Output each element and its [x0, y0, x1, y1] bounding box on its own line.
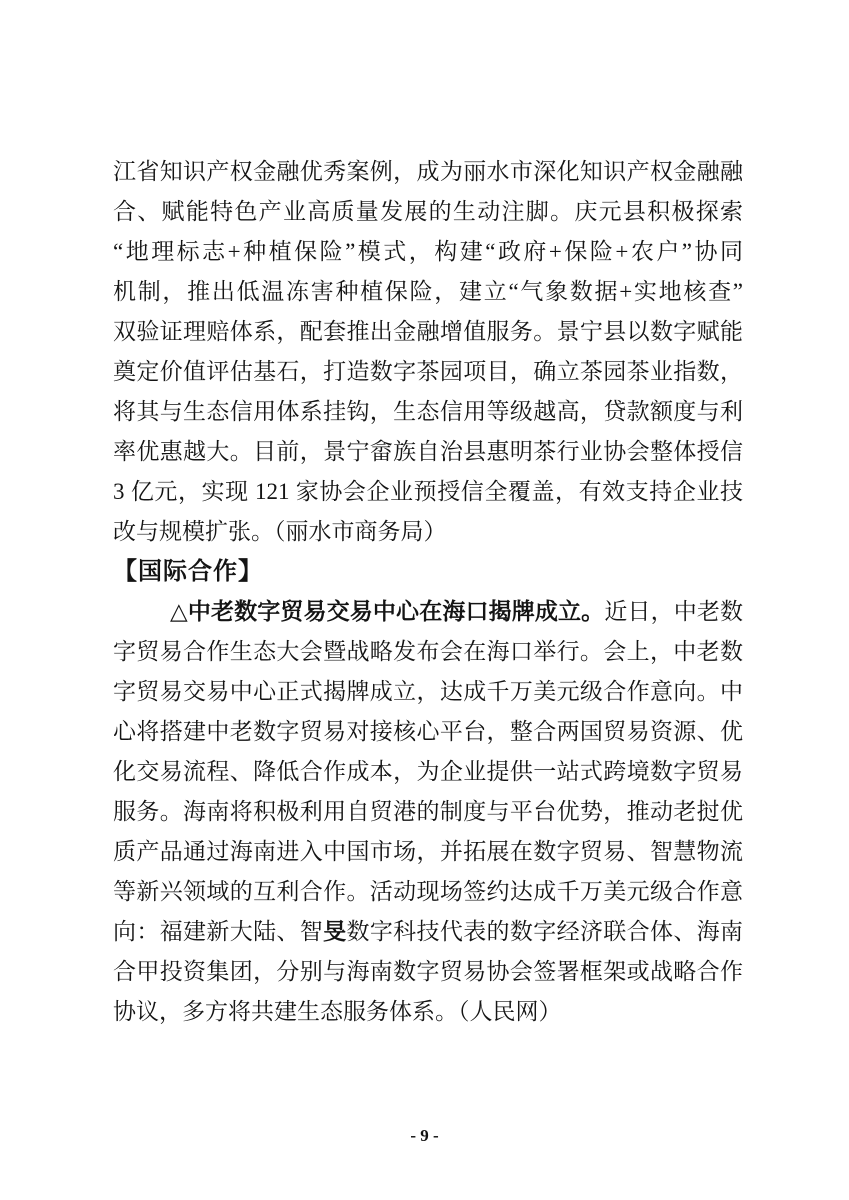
text-segment: 近日，中老数 [604, 599, 743, 624]
text-segment: 协议，多方将共建生态服务体系。（人民网） [113, 999, 562, 1024]
text-segment: “地理标志+种植保险”模式，构建“政府+保险+农户”协同 [113, 239, 743, 264]
text-segment: 率优惠越大。目前，景宁畲族自治县惠明茶行业协会整体授信 [113, 439, 743, 464]
text-line: 双验证理赔体系，配套推出金融增值服务。景宁县以数字赋能 [113, 312, 743, 352]
text-segment: 字贸易合作生态大会暨战略发布会在海口举行。会上，中老数 [113, 639, 743, 664]
text-line: 合甲投资集团，分别与海南数字贸易协会签署框架或战略合作 [113, 952, 743, 992]
text-segment: 双验证理赔体系，配套推出金融增值服务。景宁县以数字赋能 [113, 319, 743, 344]
text-segment: 合、赋能特色产业高质量发展的生动注脚。庆元县积极探索 [113, 199, 743, 224]
paragraph-china-laos-digital-trade: △中老数字贸易交易中心在海口揭牌成立。近日，中老数字贸易合作生态大会暨战略发布会… [113, 592, 743, 1032]
text-segment: 向：福建新大陆、智 [113, 919, 323, 944]
paragraph-ip-finance: 江省知识产权金融优秀案例，成为丽水市深化知识产权金融融合、赋能特色产业高质量发展… [113, 152, 743, 552]
text-line: 改与规模扩张。（丽水市商务局） [113, 512, 743, 552]
section-heading-international-cooperation: 【国际合作】 [113, 552, 743, 592]
text-line: 心将搭建中老数字贸易对接核心平台，整合两国贸易资源、优 [113, 712, 743, 752]
text-segment: 奠定价值评估基石，打造数字茶园项目，确立茶园茶业指数， [113, 359, 743, 384]
text-segment: 江省知识产权金融优秀案例，成为丽水市深化知识产权金融融 [113, 159, 743, 184]
text-segment: 心将搭建中老数字贸易对接核心平台，整合两国贸易资源、优 [113, 719, 743, 744]
text-segment: 数字科技代表的数字经济联合体、海南 [346, 919, 743, 944]
text-segment: 化交易流程、降低合作成本，为企业提供一站式跨境数字贸易 [113, 759, 743, 784]
text-line: 奠定价值评估基石，打造数字茶园项目，确立茶园茶业指数， [113, 352, 743, 392]
text-line: 等新兴领域的互利合作。活动现场签约达成千万美元级合作意 [113, 872, 743, 912]
text-line: 质产品通过海南进入中国市场，并拓展在数字贸易、智慧物流 [113, 832, 743, 872]
bold-text-segment: 旻 [323, 919, 346, 944]
text-line: 协议，多方将共建生态服务体系。（人民网） [113, 992, 743, 1032]
text-segment: 改与规模扩张。（丽水市商务局） [113, 519, 447, 544]
text-line: △中老数字贸易交易中心在海口揭牌成立。近日，中老数 [113, 592, 743, 632]
text-line: 将其与生态信用体系挂钩，生态信用等级越高，贷款额度与利 [113, 392, 743, 432]
text-line: “地理标志+种植保险”模式，构建“政府+保险+农户”协同 [113, 232, 743, 272]
text-segment: 将其与生态信用体系挂钩，生态信用等级越高，贷款额度与利 [113, 399, 743, 424]
text-segment: 合甲投资集团，分别与海南数字贸易协会签署框架或战略合作 [113, 959, 743, 984]
text-line: 江省知识产权金融优秀案例，成为丽水市深化知识产权金融融 [113, 152, 743, 192]
document-page: 江省知识产权金融优秀案例，成为丽水市深化知识产权金融融合、赋能特色产业高质量发展… [0, 0, 849, 1200]
text-segment: 字贸易交易中心正式揭牌成立，达成千万美元级合作意向。中 [113, 679, 743, 704]
text-segment: 机制，推出低温冻害种植保险，建立“气象数据+实地核查” [113, 279, 743, 304]
text-segment: 质产品通过海南进入中国市场，并拓展在数字贸易、智慧物流 [113, 839, 743, 864]
text-line: 向：福建新大陆、智旻数字科技代表的数字经济联合体、海南 [113, 912, 743, 952]
text-segment: 等新兴领域的互利合作。活动现场签约达成千万美元级合作意 [113, 879, 743, 904]
text-line: 服务。海南将积极利用自贸港的制度与平台优势，推动老挝优 [113, 792, 743, 832]
text-line: 化交易流程、降低合作成本，为企业提供一站式跨境数字贸易 [113, 752, 743, 792]
text-line: 字贸易交易中心正式揭牌成立，达成千万美元级合作意向。中 [113, 672, 743, 712]
text-line: 合、赋能特色产业高质量发展的生动注脚。庆元县积极探索 [113, 192, 743, 232]
text-line: 机制，推出低温冻害种植保险，建立“气象数据+实地核查” [113, 272, 743, 312]
text-line: 3 亿元，实现 121 家协会企业预授信全覆盖，有效支持企业技 [113, 472, 743, 512]
page-body: 江省知识产权金融优秀案例，成为丽水市深化知识产权金融融合、赋能特色产业高质量发展… [113, 152, 743, 1032]
text-line: 字贸易合作生态大会暨战略发布会在海口举行。会上，中老数 [113, 632, 743, 672]
text-segment: 服务。海南将积极利用自贸港的制度与平台优势，推动老挝优 [113, 799, 743, 824]
bold-text-segment: △中老数字贸易交易中心在海口揭牌成立。 [170, 599, 604, 624]
text-line: 率优惠越大。目前，景宁畲族自治县惠明茶行业协会整体授信 [113, 432, 743, 472]
page-number: - 9 - [0, 1126, 849, 1146]
text-segment: 3 亿元，实现 121 家协会企业预授信全覆盖，有效支持企业技 [113, 479, 743, 504]
